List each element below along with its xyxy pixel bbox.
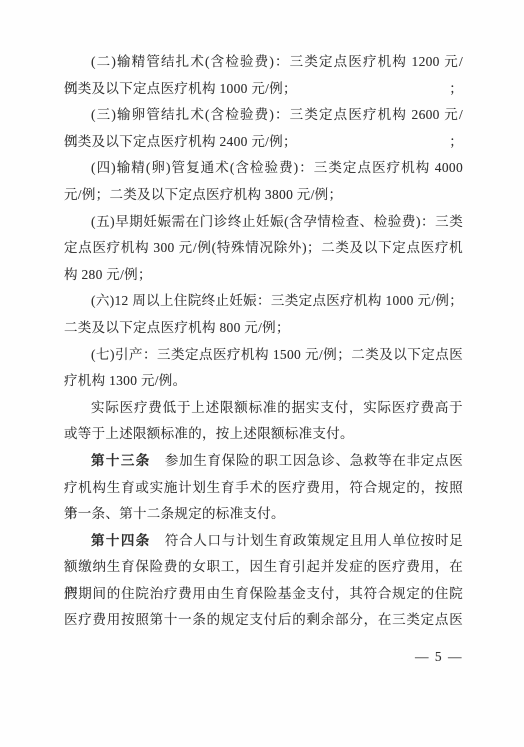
article-number: 第十四条 bbox=[91, 533, 151, 548]
text-line: 实际医疗费低于上述限额标准的据实支付，实际医疗费高于 bbox=[64, 395, 463, 422]
text-segment: 二类及以下定点医疗机构 1000 元/例； bbox=[64, 81, 297, 96]
text-line: (四)输精(卵)管复通术(含检验费)：三类定点医疗机构 4000 bbox=[64, 155, 463, 182]
text-segment: 医疗费用按照第十一条的规定支付后的剩余部分，在三类定点医 bbox=[64, 612, 463, 627]
text-line: 医疗费用按照第十一条的规定支付后的剩余部分，在三类定点医 bbox=[64, 607, 463, 634]
text-segment: 假期间的住院治疗费用由生育保险基金支付，其符合规定的住院 bbox=[64, 586, 463, 601]
text-line: 或等于上述限额标准的，按上述限额标准支付。 bbox=[64, 421, 463, 448]
text-line: 构 280 元/例； bbox=[64, 262, 463, 289]
text-line: 额缴纳生育保险费的女职工，因生育引起并发症的医疗费用，在产 bbox=[64, 554, 463, 581]
text-line: 疗机构生育或实施计划生育手术的医疗费用，符合规定的，按照第 bbox=[64, 475, 463, 502]
text-segment: 元/例；二类及以下定点医疗机构 3800 元/例； bbox=[64, 187, 342, 202]
article-number: 第十三条 bbox=[91, 453, 151, 468]
text-segment: 实际医疗费低于上述限额标准的据实支付，实际医疗费高于 bbox=[91, 400, 463, 415]
text-segment: 符合人口与计划生育政策规定且用人单位按时足 bbox=[151, 533, 463, 548]
text-line: 第十四条 符合人口与计划生育政策规定且用人单位按时足 bbox=[64, 528, 463, 555]
text-line: (五)早期妊娠需在门诊终止妊娠(含孕情检查、检验费)：三类 bbox=[64, 209, 463, 236]
text-line: 疗机构 1300 元/例。 bbox=[64, 368, 463, 395]
text-segment: 二类及以下定点医疗机构 800 元/例； bbox=[64, 320, 290, 335]
text-segment: 疗机构 1300 元/例。 bbox=[64, 373, 186, 388]
text-segment: 十一条、第十二条规定的标准支付。 bbox=[64, 506, 285, 521]
text-line: (六)12 周以上住院终止妊娠：三类定点医疗机构 1000 元/例； bbox=[64, 288, 463, 315]
text-line: 二类及以下定点医疗机构 800 元/例； bbox=[64, 315, 463, 342]
text-line: 十一条、第十二条规定的标准支付。 bbox=[64, 501, 463, 528]
text-line: (二)输精管结扎术(含检验费)：三类定点医疗机构 1200 元/例； bbox=[64, 49, 463, 76]
text-segment: (六)12 周以上住院终止妊娠：三类定点医疗机构 1000 元/例； bbox=[91, 293, 463, 308]
text-line: 假期间的住院治疗费用由生育保险基金支付，其符合规定的住院 bbox=[64, 581, 463, 608]
page-number: — 5 — bbox=[0, 648, 463, 666]
text-line: (七)引产：三类定点医疗机构 1500 元/例；二类及以下定点医 bbox=[64, 342, 463, 369]
text-segment: (五)早期妊娠需在门诊终止妊娠(含孕情检查、检验费)：三类 bbox=[91, 214, 463, 229]
text-line: 元/例；二类及以下定点医疗机构 3800 元/例； bbox=[64, 182, 463, 209]
text-segment: 参加生育保险的职工因急诊、急救等在非定点医 bbox=[151, 453, 463, 468]
text-segment: 二类及以下定点医疗机构 2400 元/例； bbox=[64, 134, 297, 149]
document-page: (二)输精管结扎术(含检验费)：三类定点医疗机构 1200 元/例；二类及以下定… bbox=[0, 0, 524, 747]
text-line: 定点医疗机构 300 元/例(特殊情况除外)；二类及以下定点医疗机 bbox=[64, 235, 463, 262]
text-segment: (七)引产：三类定点医疗机构 1500 元/例；二类及以下定点医 bbox=[91, 347, 463, 362]
text-segment: 定点医疗机构 300 元/例(特殊情况除外)；二类及以下定点医疗机 bbox=[64, 240, 463, 255]
text-line: 第十三条 参加生育保险的职工因急诊、急救等在非定点医 bbox=[64, 448, 463, 475]
text-segment: 或等于上述限额标准的，按上述限额标准支付。 bbox=[64, 426, 354, 441]
document-body: (二)输精管结扎术(含检验费)：三类定点医疗机构 1200 元/例；二类及以下定… bbox=[64, 49, 463, 634]
text-line: (三)输卵管结扎术(含检验费)：三类定点医疗机构 2600 元/例； bbox=[64, 102, 463, 129]
text-segment: (四)输精(卵)管复通术(含检验费)：三类定点医疗机构 4000 bbox=[91, 160, 463, 175]
text-segment: 构 280 元/例； bbox=[64, 267, 152, 282]
